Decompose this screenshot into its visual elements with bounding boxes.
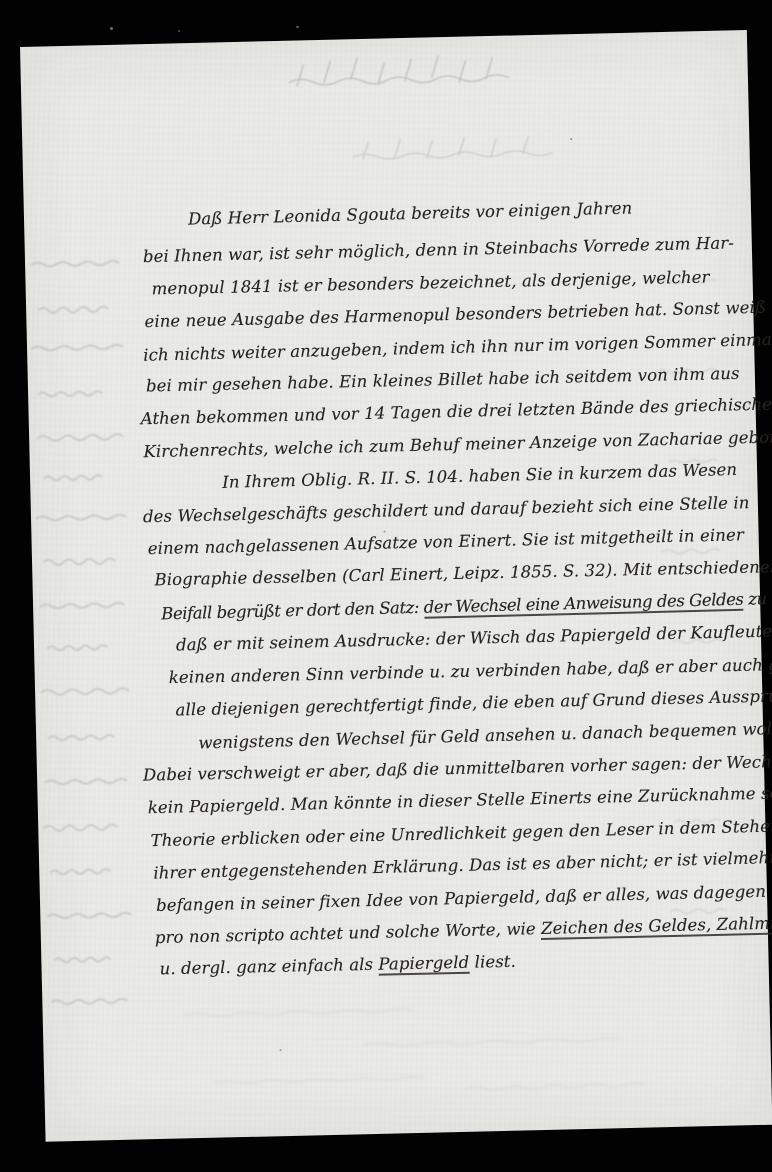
underlined-phrase: Zeichen des Geldes, Zahlmittel (541, 913, 772, 940)
bleed-through-stroke (40, 603, 124, 609)
bleed-through-stroke (50, 869, 110, 874)
bleed-through-stroke (48, 735, 114, 741)
paper-speck (280, 1049, 282, 1051)
dust-speck (296, 26, 299, 28)
underlined-phrase: der Wechsel eine Anweisung des Geldes (424, 590, 744, 619)
pencil-annotation-stroke (296, 64, 304, 86)
pencil-annotation-stroke (490, 139, 496, 157)
text-segment: Beifall begrüßt er dort den Satz: (161, 598, 424, 624)
bleed-through-stroke (214, 1077, 424, 1084)
bleed-through-stroke (45, 779, 127, 785)
text-segment: In Ihrem Oblig. R. II. S. 104. haben Sie… (222, 460, 737, 492)
text-segment: u. dergl. ganz einfach als (159, 955, 378, 979)
pencil-annotation-stroke (362, 142, 368, 160)
dust-speck (110, 27, 113, 30)
pencil-annotation-stroke (522, 136, 528, 154)
bleed-through-stroke (47, 645, 107, 650)
paper-speck (570, 138, 572, 140)
pencil-annotation-stroke (323, 61, 331, 83)
bleed-through-stroke (31, 261, 119, 267)
manuscript-text: Daß Herr Leonida Sgouta bereits vor eini… (130, 190, 766, 987)
bleed-through-stroke (43, 558, 115, 565)
bleed-through-stroke (43, 824, 117, 831)
text-segment: bei Ihnen war, ist sehr möglich, denn in… (143, 234, 734, 267)
pencil-annotation-stroke (404, 59, 412, 81)
bleed-through-stroke (44, 475, 102, 480)
dust-speck (178, 30, 180, 32)
text-segment: menopul 1841 ist er besonders bezeichnet… (151, 267, 709, 298)
bleed-through-stroke (38, 307, 108, 314)
bleed-through-stroke (37, 434, 123, 441)
pencil-annotation-stroke (431, 55, 439, 77)
bleed-through-stroke (31, 345, 123, 351)
text-segment: zu sein, unterstreicht, (743, 585, 772, 608)
pencil-annotation-stroke (394, 139, 400, 157)
bleed-through-stroke (363, 1038, 623, 1047)
bleed-through-stroke (38, 391, 102, 396)
letter-page: Daß Herr Leonida Sgouta bereits vor eini… (20, 30, 772, 1142)
bleed-through-stroke (51, 999, 127, 1005)
pencil-annotation-stroke (289, 75, 509, 86)
pencil-annotation-stroke (350, 57, 358, 79)
scan-background: Daß Herr Leonida Sgouta bereits vor eini… (0, 0, 772, 1172)
bleed-through-stroke (36, 515, 126, 521)
text-segment: bei mir gesehen habe. Ein kleines Billet… (146, 364, 740, 396)
text-segment: pro non scripto achtet und solche Worte,… (155, 919, 542, 947)
bleed-through-stroke (47, 913, 131, 919)
bleed-through-stroke (41, 688, 129, 695)
bleed-through-stroke (54, 957, 110, 962)
text-segment: Daß Herr Leonida Sgouta bereits vor eini… (188, 198, 633, 228)
text-segment: liest. (469, 952, 516, 972)
bleed-through-stroke (464, 1083, 644, 1090)
bleed-through-stroke (183, 1009, 413, 1017)
underlined-phrase: Papiergeld (378, 953, 469, 976)
